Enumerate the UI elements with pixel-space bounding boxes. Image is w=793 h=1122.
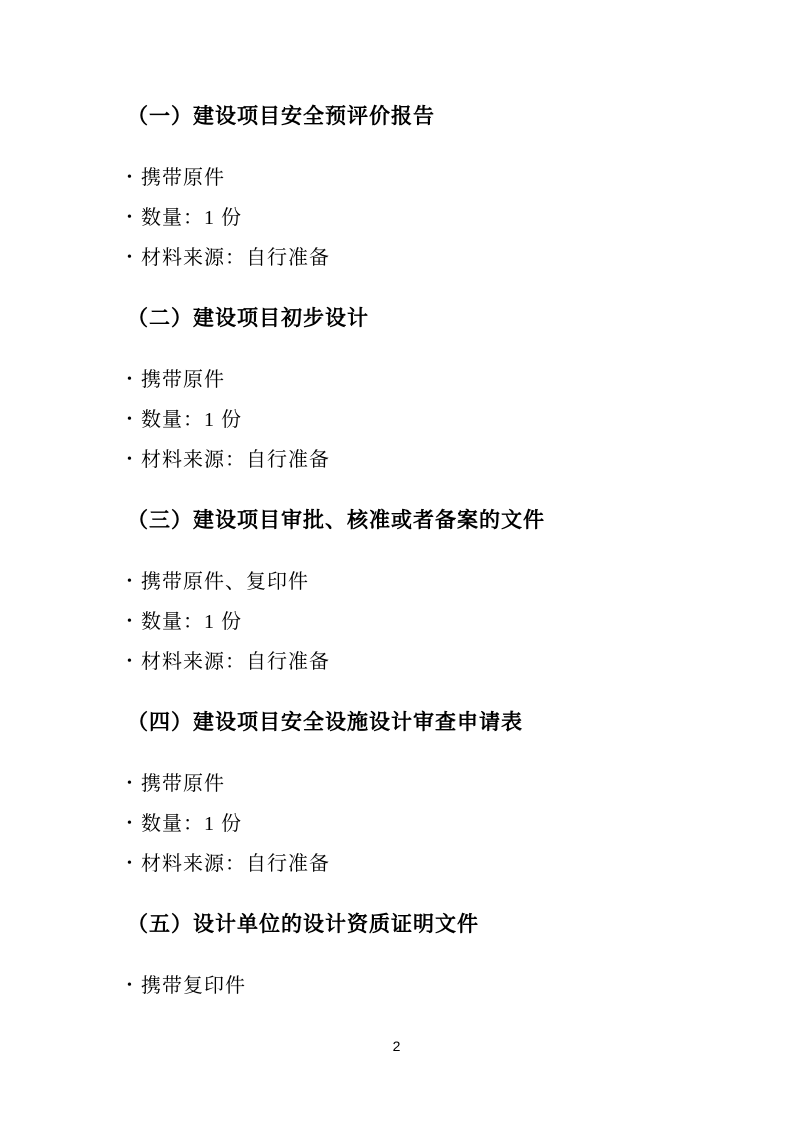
- list-item: • 材料来源：自行准备: [127, 853, 743, 875]
- list-item: • 材料来源：自行准备: [127, 449, 743, 471]
- bullet-icon: •: [127, 773, 141, 795]
- list-item-text: 数量：1 份: [141, 611, 743, 633]
- section-2: （二）建设项目初步设计 • 携带原件 • 数量：1 份 • 材料来源：自行准备: [127, 305, 743, 489]
- document-content: （一）建设项目安全预评价报告 • 携带原件 • 数量：1 份 • 材料来源：自行…: [127, 103, 743, 1033]
- section-3: （三）建设项目审批、核准或者备案的文件 • 携带原件、复印件 • 数量：1 份 …: [127, 507, 743, 691]
- list-item: • 材料来源：自行准备: [127, 651, 743, 673]
- section-4: （四）建设项目安全设施设计审查申请表 • 携带原件 • 数量：1 份 • 材料来…: [127, 709, 743, 893]
- list-item-text: 携带原件、复印件: [141, 571, 743, 593]
- list-item: • 数量：1 份: [127, 207, 743, 229]
- list-item: • 携带原件、复印件: [127, 571, 743, 593]
- section-5: （五）设计单位的设计资质证明文件 • 携带复印件: [127, 911, 743, 1015]
- section-heading: （三）建设项目审批、核准或者备案的文件: [127, 507, 743, 535]
- list-item-text: 数量：1 份: [141, 409, 743, 431]
- section-1: （一）建设项目安全预评价报告 • 携带原件 • 数量：1 份 • 材料来源：自行…: [127, 103, 743, 287]
- bullet-icon: •: [127, 975, 141, 997]
- bullet-icon: •: [127, 369, 141, 391]
- section-heading: （二）建设项目初步设计: [127, 305, 743, 333]
- list-item-text: 携带原件: [141, 773, 743, 795]
- list-item-text: 携带原件: [141, 369, 743, 391]
- list-item-text: 材料来源：自行准备: [141, 449, 743, 471]
- bullet-icon: •: [127, 207, 141, 229]
- page-number: 2: [0, 1038, 793, 1054]
- bullet-icon: •: [127, 247, 141, 269]
- bullet-icon: •: [127, 651, 141, 673]
- list-item: • 携带复印件: [127, 975, 743, 997]
- list-item-text: 携带复印件: [141, 975, 743, 997]
- bullet-icon: •: [127, 409, 141, 431]
- bullet-icon: •: [127, 571, 141, 593]
- list-item-text: 材料来源：自行准备: [141, 853, 743, 875]
- section-heading: （四）建设项目安全设施设计审查申请表: [127, 709, 743, 737]
- list-item-text: 数量：1 份: [141, 207, 743, 229]
- bullet-icon: •: [127, 853, 141, 875]
- document-page: （一）建设项目安全预评价报告 • 携带原件 • 数量：1 份 • 材料来源：自行…: [0, 0, 793, 1122]
- list-item-text: 材料来源：自行准备: [141, 651, 743, 673]
- bullet-icon: •: [127, 611, 141, 633]
- list-item: • 材料来源：自行准备: [127, 247, 743, 269]
- list-item: • 数量：1 份: [127, 409, 743, 431]
- bullet-icon: •: [127, 167, 141, 189]
- section-heading: （一）建设项目安全预评价报告: [127, 103, 743, 131]
- section-heading: （五）设计单位的设计资质证明文件: [127, 911, 743, 939]
- bullet-icon: •: [127, 813, 141, 835]
- bullet-icon: •: [127, 449, 141, 471]
- list-item: • 携带原件: [127, 167, 743, 189]
- list-item: • 携带原件: [127, 773, 743, 795]
- list-item-text: 材料来源：自行准备: [141, 247, 743, 269]
- list-item: • 携带原件: [127, 369, 743, 391]
- list-item-text: 数量：1 份: [141, 813, 743, 835]
- list-item-text: 携带原件: [141, 167, 743, 189]
- list-item: • 数量：1 份: [127, 813, 743, 835]
- list-item: • 数量：1 份: [127, 611, 743, 633]
